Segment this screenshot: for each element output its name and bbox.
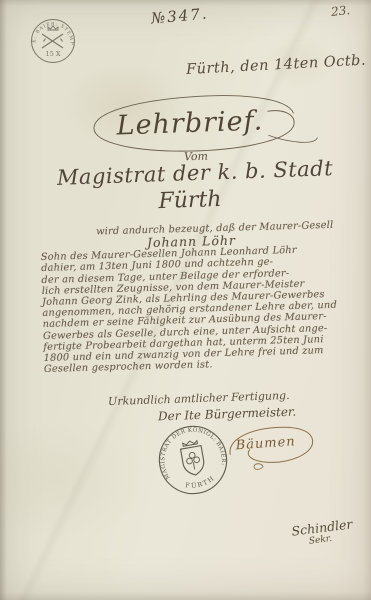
seal-crown-icon bbox=[183, 440, 198, 446]
closing-signatory-title: Der Ite Bürgermeister. bbox=[158, 405, 297, 424]
revenue-stamp: K: BAIER: STEMPEL 15 X bbox=[29, 17, 77, 65]
seal-bottom-text: FÜRTH bbox=[183, 473, 217, 491]
seal-shield bbox=[181, 446, 206, 477]
secretary-signature-block: Schindler Sekr. bbox=[291, 516, 355, 548]
registry-number: №347. bbox=[150, 5, 209, 28]
body-text: wird andurch bezeugt, daß der Maurer-Ges… bbox=[40, 220, 346, 376]
mayor-signature-block: Bäumen bbox=[222, 421, 317, 477]
seal-coat-of-arms bbox=[179, 439, 205, 476]
document-page: 23. №347. K: BAIER: STEMPEL 15 X Fürth, … bbox=[0, 0, 371, 600]
dateline: Fürth, den 14ten Octb. 1830. bbox=[186, 50, 371, 78]
folio-number: 23. bbox=[330, 3, 350, 19]
stamp-denomination: 15 X bbox=[46, 50, 61, 58]
cloverleaf-icon bbox=[185, 451, 201, 470]
crossed-swords-icon bbox=[42, 34, 63, 48]
